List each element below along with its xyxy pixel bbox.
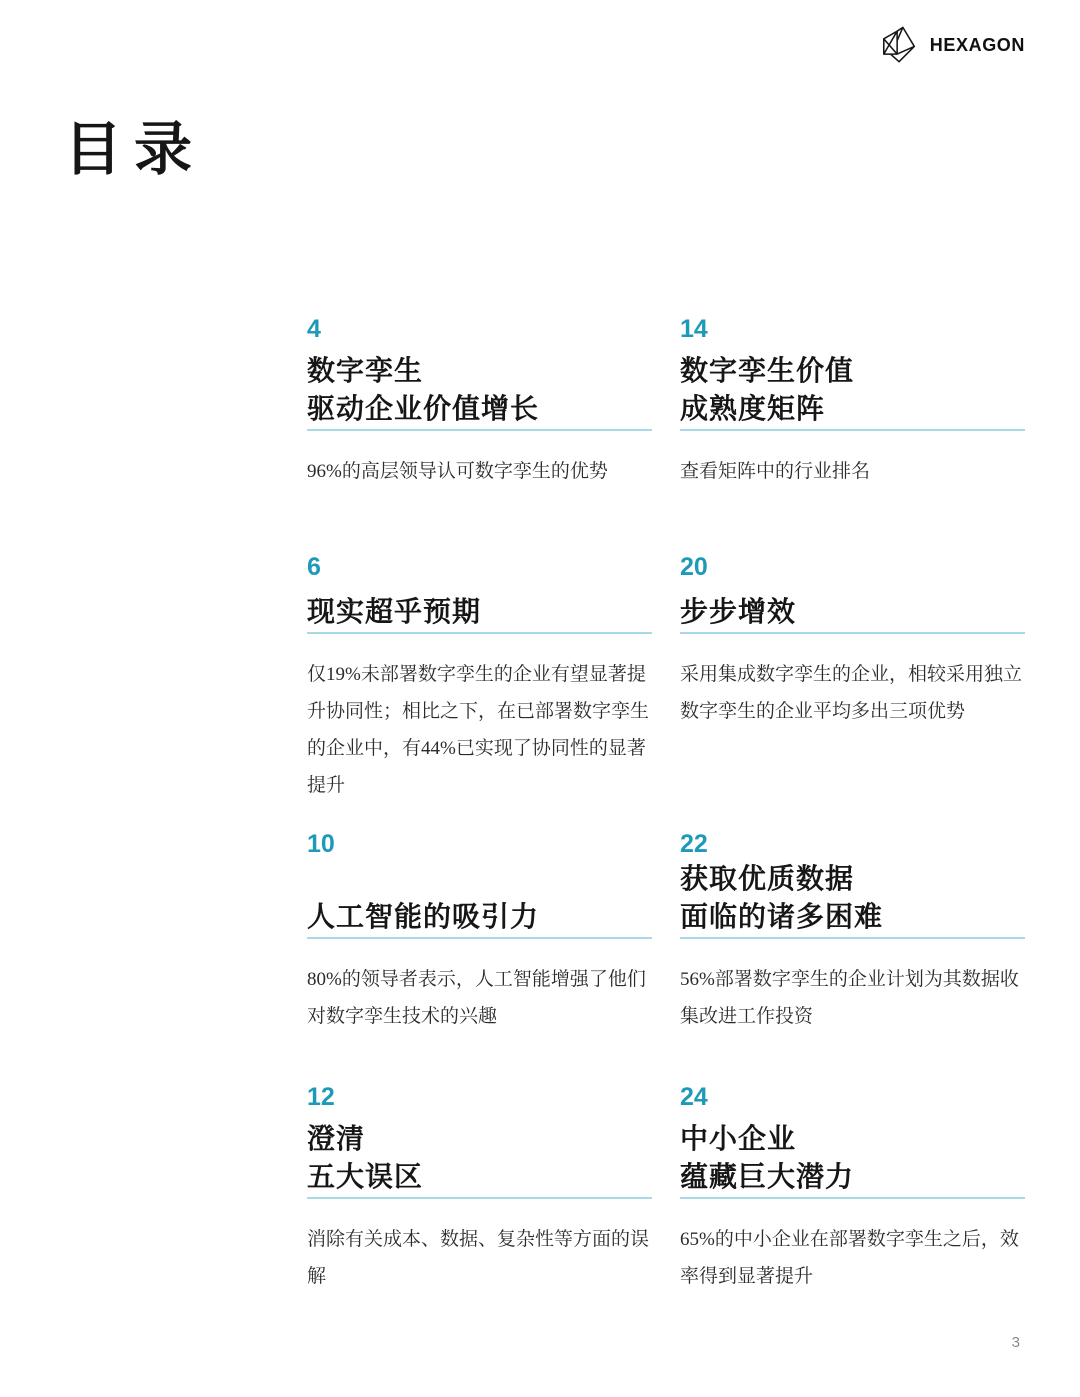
divider-line bbox=[680, 1197, 1025, 1199]
toc-page-number: 14 bbox=[680, 315, 1025, 343]
toc-entry-description: 56%部署数字孪生的企业计划为其数据收集改进工作投资 bbox=[680, 961, 1025, 1035]
toc-entry-maturity-matrix[interactable]: 14 数字孪生价值 成熟度矩阵 查看矩阵中的行业排名 bbox=[680, 315, 1025, 490]
toc-entry-head: 6 现实超乎预期 bbox=[307, 553, 652, 632]
toc-entry-five-misconceptions[interactable]: 12 澄清 五大误区 消除有关成本、数据、复杂性等方面的误解 bbox=[307, 1083, 652, 1295]
toc-page-number: 4 bbox=[307, 315, 652, 343]
toc-entry-sme-potential[interactable]: 24 中小企业 蕴藏巨大潜力 65%的中小企业在部署数字孪生之后，效率得到显著提… bbox=[680, 1083, 1025, 1295]
divider-line bbox=[680, 429, 1025, 431]
toc-row: 12 澄清 五大误区 消除有关成本、数据、复杂性等方面的误解 24 中小企业 蕴… bbox=[307, 1083, 1025, 1295]
toc-entry-description: 查看矩阵中的行业排名 bbox=[680, 453, 1025, 490]
toc-entry-description: 仅19%未部署数字孪生的企业有望显著提升协同性；相比之下，在已部署数字孪生的企业… bbox=[307, 656, 652, 804]
toc-row: 10 人工智能的吸引力 80%的领导者表示，人工智能增强了他们对数字孪生技术的兴… bbox=[307, 830, 1025, 1035]
toc-entry-title: 现实超乎预期 bbox=[307, 594, 652, 632]
divider-line bbox=[307, 632, 652, 634]
toc-entry-ai-appeal[interactable]: 10 人工智能的吸引力 80%的领导者表示，人工智能增强了他们对数字孪生技术的兴… bbox=[307, 830, 652, 1035]
toc-page-number: 12 bbox=[307, 1083, 652, 1111]
divider-line bbox=[307, 429, 652, 431]
footer-page-number: 3 bbox=[1012, 1334, 1020, 1351]
toc-entry-title: 步步增效 bbox=[680, 594, 1025, 632]
toc-entry-head: 20 步步增效 bbox=[680, 553, 1025, 632]
toc-entry-description: 65%的中小企业在部署数字孪生之后，效率得到显著提升 bbox=[680, 1221, 1025, 1295]
toc-entry-head: 4 数字孪生 驱动企业价值增长 bbox=[307, 315, 652, 429]
toc-page-number: 22 bbox=[680, 830, 1025, 858]
divider-line bbox=[307, 1197, 652, 1199]
toc-entry-head: 10 人工智能的吸引力 bbox=[307, 830, 652, 937]
toc-page-number: 6 bbox=[307, 553, 652, 581]
toc-entry-title: 人工智能的吸引力 bbox=[307, 899, 652, 937]
toc-page-number: 24 bbox=[680, 1083, 1025, 1111]
toc-page-number: 20 bbox=[680, 553, 1025, 581]
toc-entry-head: 22 获取优质数据 面临的诸多困难 bbox=[680, 830, 1025, 937]
toc-page-number: 10 bbox=[307, 830, 652, 858]
table-of-contents: 4 数字孪生 驱动企业价值增长 96%的高层领导认可数字孪生的优势 14 数字孪… bbox=[307, 315, 1025, 1295]
toc-entry-description: 采用集成数字孪生的企业，相较采用独立数字孪生的企业平均多出三项优势 bbox=[680, 656, 1025, 730]
toc-entry-head: 14 数字孪生价值 成熟度矩阵 bbox=[680, 315, 1025, 429]
divider-line bbox=[680, 632, 1025, 634]
toc-entry-data-quality-challenges[interactable]: 22 获取优质数据 面临的诸多困难 56%部署数字孪生的企业计划为其数据收集改进… bbox=[680, 830, 1025, 1035]
toc-entry-title: 获取优质数据 面临的诸多困难 bbox=[680, 861, 1025, 937]
toc-entry-title: 数字孪生 驱动企业价值增长 bbox=[307, 353, 652, 429]
toc-row: 4 数字孪生 驱动企业价值增长 96%的高层领导认可数字孪生的优势 14 数字孪… bbox=[307, 315, 1025, 490]
toc-entry-head: 24 中小企业 蕴藏巨大潜力 bbox=[680, 1083, 1025, 1197]
toc-entry-head: 12 澄清 五大误区 bbox=[307, 1083, 652, 1197]
toc-entry-title: 数字孪生价值 成熟度矩阵 bbox=[680, 353, 1025, 429]
toc-row: 6 现实超乎预期 仅19%未部署数字孪生的企业有望显著提升协同性；相比之下，在已… bbox=[307, 553, 1025, 804]
toc-entry-description: 80%的领导者表示，人工智能增强了他们对数字孪生技术的兴趣 bbox=[307, 961, 652, 1035]
hexagon-logo: HEXAGON bbox=[879, 24, 1025, 67]
brand-name: HEXAGON bbox=[930, 35, 1025, 56]
toc-entry-reality-exceeds-expectations[interactable]: 6 现实超乎预期 仅19%未部署数字孪生的企业有望显著提升协同性；相比之下，在已… bbox=[307, 553, 652, 804]
divider-line bbox=[307, 937, 652, 939]
toc-entry-title: 中小企业 蕴藏巨大潜力 bbox=[680, 1121, 1025, 1197]
toc-entry-description: 消除有关成本、数据、复杂性等方面的误解 bbox=[307, 1221, 652, 1295]
divider-line bbox=[680, 937, 1025, 939]
hexagon-logo-icon bbox=[879, 24, 921, 67]
toc-entry-description: 96%的高层领导认可数字孪生的优势 bbox=[307, 453, 652, 490]
toc-entry-step-by-step-gains[interactable]: 20 步步增效 采用集成数字孪生的企业，相较采用独立数字孪生的企业平均多出三项优… bbox=[680, 553, 1025, 804]
toc-entry-digital-twin-value-growth[interactable]: 4 数字孪生 驱动企业价值增长 96%的高层领导认可数字孪生的优势 bbox=[307, 315, 652, 490]
page-title: 目录 bbox=[64, 118, 204, 182]
toc-entry-title: 澄清 五大误区 bbox=[307, 1121, 652, 1197]
